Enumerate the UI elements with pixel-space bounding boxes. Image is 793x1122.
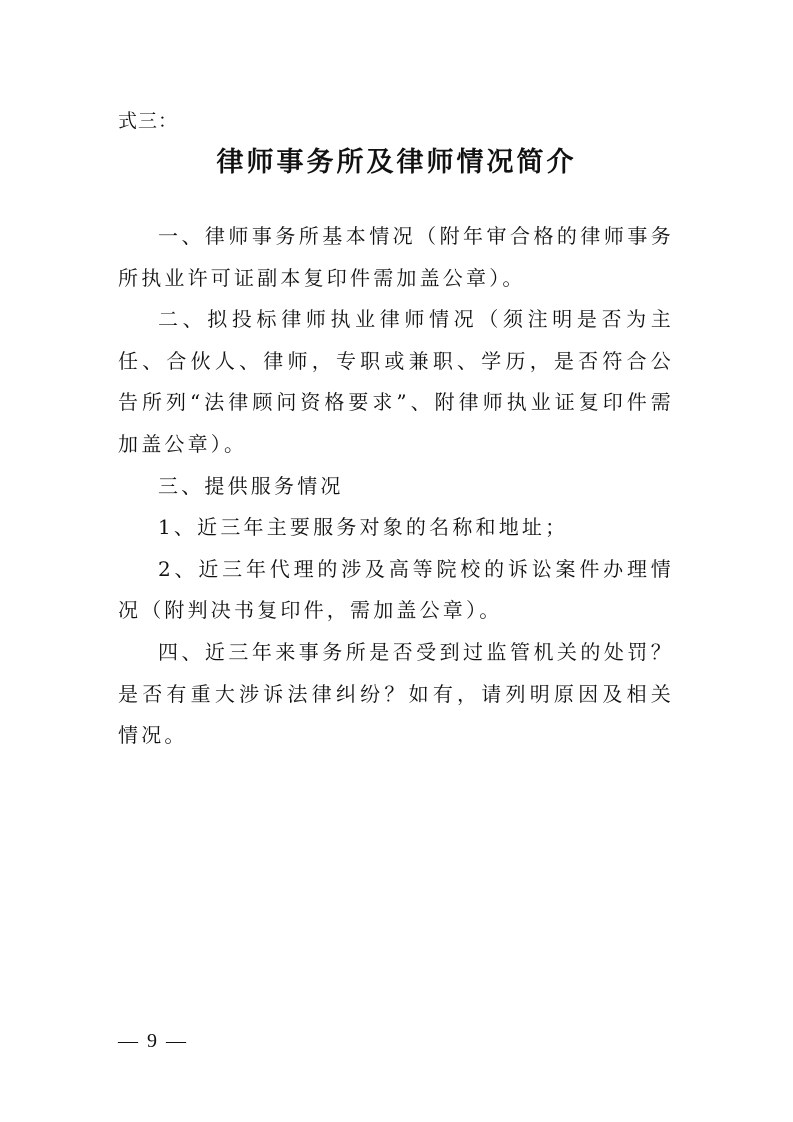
paragraph-firm-basic-info: 一、律师事务所基本情况（附年审合格的律师事务所执业许可证副本复印件需加盖公章）。 [118,216,674,299]
page-title: 律师事务所及律师情况简介 [0,140,793,179]
paragraph-service-litigation: 2、近三年代理的涉及高等院校的诉讼案件办理情况（附判决书复印件，需加盖公章）。 [118,549,674,632]
form-label: 式三： [118,106,178,133]
document-body: 一、律师事务所基本情况（附年审合格的律师事务所执业许可证副本复印件需加盖公章）。… [118,216,674,757]
paragraph-penalties-disputes: 四、近三年来事务所是否受到过监管机关的处罚？是否有重大涉诉法律纠纷？如有，请列明… [118,632,674,757]
document-page: 式三： 律师事务所及律师情况简介 一、律师事务所基本情况（附年审合格的律师事务所… [0,0,793,1122]
page-number: — 9 — [118,1030,188,1053]
paragraph-service-heading: 三、提供服务情况 [118,466,674,508]
paragraph-lawyer-info: 二、拟投标律师执业律师情况（须注明是否为主任、合伙人、律师，专职或兼职、学历，是… [118,299,674,465]
paragraph-service-clients: 1、近三年主要服务对象的名称和地址； [118,507,674,549]
